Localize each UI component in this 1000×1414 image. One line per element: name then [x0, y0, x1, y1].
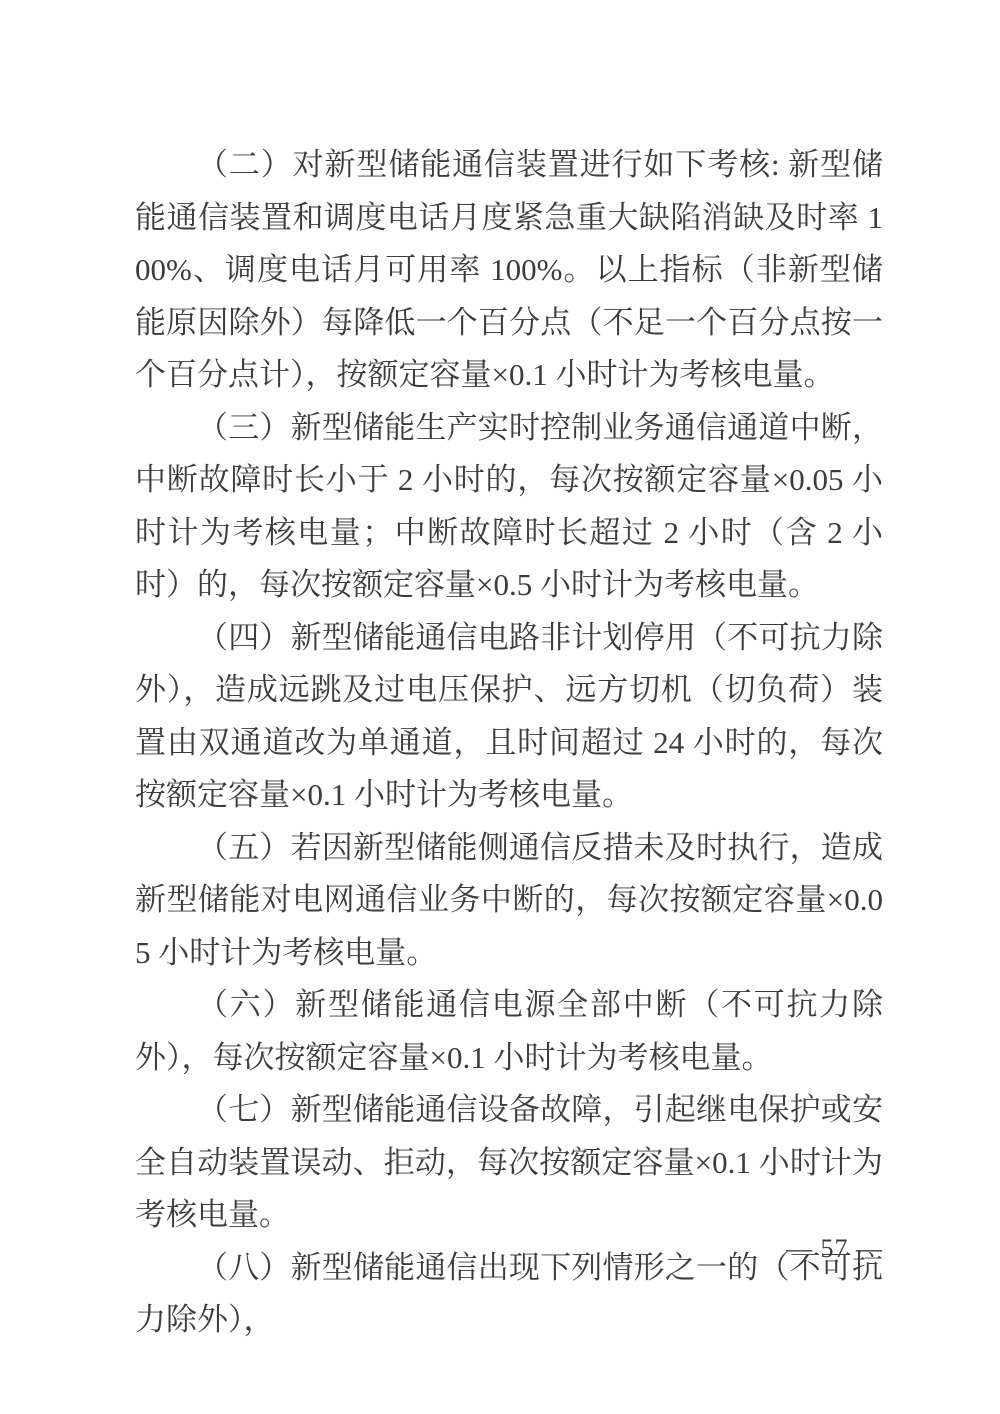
document-body: （二）对新型储能通信装置进行如下考核: 新型储能通信装置和调度电话月度紧急重大缺…	[135, 139, 883, 1347]
paragraph-item-7: （七）新型储能通信设备故障，引起继电保护或安全自动装置误动、拒动，每次按额定容量…	[135, 1084, 883, 1242]
paragraph-item-5: （五）若因新型储能侧通信反措未及时执行，造成新型储能对电网通信业务中断的，每次按…	[135, 822, 883, 980]
paragraph-item-4: （四）新型储能通信电路非计划停用（不可抗力除外），造成远跳及过电压保护、远方切机…	[135, 612, 883, 822]
paragraph-item-6: （六）新型储能通信电源全部中断（不可抗力除外），每次按额定容量×0.1 小时计为…	[135, 979, 883, 1084]
paragraph-item-3: （三）新型储能生产实时控制业务通信通道中断，中断故障时长小于 2 小时的，每次按…	[135, 402, 883, 612]
paragraph-item-2: （二）对新型储能通信装置进行如下考核: 新型储能通信装置和调度电话月度紧急重大缺…	[135, 139, 883, 402]
document-page: （二）对新型储能通信装置进行如下考核: 新型储能通信装置和调度电话月度紧急重大缺…	[0, 0, 1000, 1414]
page-number: — 57 —	[135, 1234, 883, 1264]
